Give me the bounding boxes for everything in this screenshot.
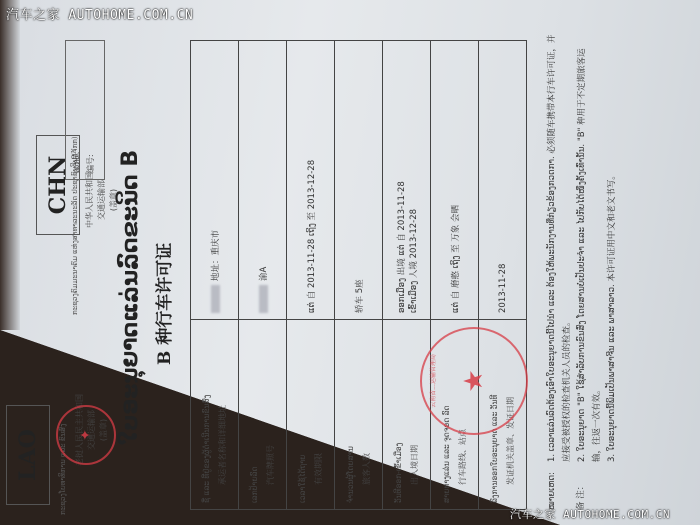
row-label-cn: 出人境日期 <box>409 326 420 503</box>
form-row-value: ແຕ່ 自 磨憨 ເຖິງ 至 万象 会晒 <box>431 41 479 320</box>
form-row-label: ວັນທີອອກ-ເຂົ້າເມືອງ出人境日期 <box>383 320 431 510</box>
form-row: ເລກປ້າຍລົດ汽车牌照号渝A <box>239 41 287 510</box>
form-row: ສາຍທາງແລ່ນ ແລະ ຈຸດຈອດ ລົດ行车路线、站点ແຕ່ 自 磨憨… <box>431 41 479 510</box>
form-row-label: ເວລາໃຊ້ໄດ້ຖາຍ有效期限 <box>287 320 335 510</box>
lao-ministry-stamp: ✦ <box>56 405 116 465</box>
form-row-label: ເລກປ້າຍລົດ汽车牌照号 <box>239 320 287 510</box>
issuing-authority-stamp: 云南省...运输管理局 ★ <box>420 327 528 435</box>
star-icon: ★ <box>459 369 489 392</box>
form-row-label: ຊື່ ແລະ ທີ່ຢູ່ຂອງຜູ້ດຳເນີນການຂົນສົ່ງ承运者名… <box>191 320 239 510</box>
row-value-line: ເຂົ້າເມືອງ 人境 2013-12-28 <box>407 47 419 313</box>
note-item: 3. ໃບອະນຸຍາດນີ້ພິມເປັນພາສາຈີນ ແລະ ພາສາລາ… <box>605 32 620 462</box>
form-row-value: 渝A <box>239 41 287 320</box>
form-row-label: ຈຳນວນຜູ້ໂດຍສານ旅客人数 <box>335 320 383 510</box>
row-label-cn: 汽车牌照号 <box>265 326 276 503</box>
permit-number-box: ເລກທີ: 编号: <box>65 40 105 180</box>
row-label-lao: ວັນທີອອກ-ເຂົ້າເມືອງ <box>394 326 403 503</box>
permit-document: LAO CHN ກະຊວງໂຍທາທິການ ແລະ ຂົນສົ່ງ 老挝人民民… <box>0 20 700 525</box>
row-label-cn: 旅客人数 <box>361 326 372 503</box>
notes-body: 1. ເວລາແລ່ນລົດຕ້ອງເອົາໃບອະນຸຍາດນີ້ໄປນຳ ແ… <box>545 32 620 462</box>
redaction-blur <box>259 285 268 313</box>
form-row: ລົງການອອກໃບອະນຸຍາດ ແລະ ວັນທີ发证机关盖章、发证日期2… <box>479 41 527 510</box>
lao-country-code: LAO <box>15 429 41 481</box>
form-row: ເວລາໃຊ້ໄດ້ຖາຍ有效期限ແຕ່ 自 2013-11-28 ເຖິງ 至… <box>287 41 335 510</box>
row-label-lao: ຈຳນວນຜູ້ໂດຍສານ <box>346 326 355 503</box>
form-row: ວັນທີອອກ-ເຂົ້າເມືອງ出人境日期ອອກເມືອງ 出境 ແຕ່ … <box>383 41 431 510</box>
form-row-value: ອອກເມືອງ 出境 ແຕ່ 自 2013-11-28ເຂົ້າເມືອງ 人… <box>383 41 431 320</box>
row-value: ແຕ່ 自 磨憨 ເຖິງ 至 万象 会晒 <box>451 205 461 313</box>
note-item: 2. ໃບອະນຸຍາດ "B" ໃຊ້ສຳລັບການຂົນສົ່ງ ໂດຍສ… <box>575 32 605 462</box>
number-label-cn: 编号: <box>84 47 98 173</box>
notes-heading-cn: 备 注： <box>574 470 589 510</box>
row-label-cn: 有效期限 <box>313 326 324 503</box>
redaction-blur <box>211 285 220 313</box>
notes-heading-lao: ໝາຍເຫດ: <box>545 470 560 510</box>
permit-form-table: ຊື່ ແລະ ທີ່ຢູ່ຂອງຜູ້ດຳເນີນການຂົນສົ່ງ承运者名… <box>190 40 527 510</box>
star-icon: ✦ <box>78 429 94 441</box>
row-label-lao: ເລກປ້າຍລົດ <box>250 326 259 503</box>
row-value: 渝A <box>259 267 269 281</box>
row-label-lao: ຊື່ ແລະ ທີ່ຢູ່ຂອງຜູ້ດຳເນີນການຂົນສົ່ງ <box>202 326 211 503</box>
number-label-lao: ເລກທີ: <box>70 47 84 173</box>
watermark-bottom: 汽车之家 AUTOHOME.COM.CN <box>510 506 670 522</box>
notes-heading: ໝາຍເຫດ: 备 注： <box>545 470 589 510</box>
title-cn: B 种行车许可证 <box>150 243 175 365</box>
row-value: 2013-11-28 <box>498 264 508 313</box>
row-value-line: ແຕ່ 自 2013-11-28 ເຖິງ 至 2013-12-28 <box>305 47 317 313</box>
row-label-lao: ເວລາໃຊ້ໄດ້ຖາຍ <box>298 326 307 503</box>
row-label-cn: 承运者名称和详细地址 <box>217 326 228 503</box>
form-row-value: ແຕ່ 自 2013-11-28 ເຖິງ 至 2013-12-28 <box>287 41 335 320</box>
form-row: ຈຳນວນຜູ້ໂດຍສານ旅客人数轿车 5座 <box>335 41 383 510</box>
row-value-line: ອອກເມືອງ 出境 ແຕ່ 自 2013-11-28 <box>395 47 407 313</box>
watermark-top: 汽车之家 AUTOHOME.COM.CN <box>6 4 193 23</box>
note-item: 1. ເວລາແລ່ນລົດຕ້ອງເອົາໃບອະນຸຍາດນີ້ໄປນຳ ແ… <box>545 32 575 462</box>
stamp-text: 云南省...运输管理局 <box>428 329 437 433</box>
form-row-value: 2013-11-28 <box>479 41 527 320</box>
title-lao: ໃບອະນຸຍາດແລ່ນລົດຂະນິດ B <box>118 150 143 445</box>
form-row-value: 轿车 5座 <box>335 41 383 320</box>
form-row: ຊື່ ແລະ ທີ່ຢູ່ຂອງຜູ້ດຳເນີນການຂົນສົ່ງ承运者名… <box>191 41 239 510</box>
row-value: 地址：重庆市 <box>211 230 221 281</box>
row-value: 轿车 5座 <box>355 279 365 313</box>
form-row-value: 地址：重庆市 <box>191 41 239 320</box>
lao-country-box: LAO <box>6 405 50 505</box>
